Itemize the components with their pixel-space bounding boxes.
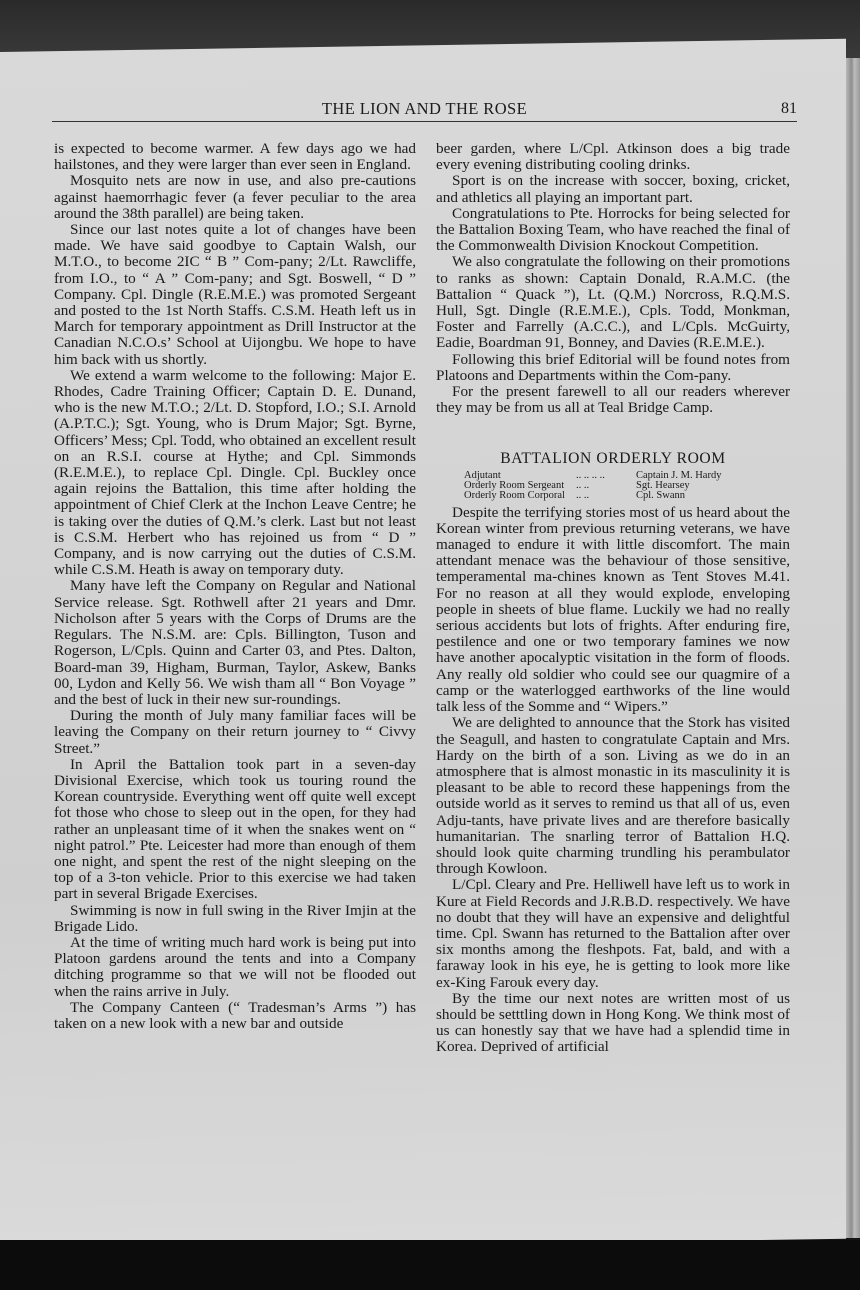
paragraph: Mosquito nets are now in use, and also p… (54, 173, 416, 222)
paragraph: is expected to become warmer. A few days… (54, 141, 416, 173)
leader-dots: .. .. (576, 491, 636, 501)
paragraph: For the present farewell to all our read… (436, 384, 790, 416)
left-column: is expected to become warmer. A few days… (54, 141, 416, 1032)
paragraph: Following this brief Editorial will be f… (436, 352, 790, 384)
paragraph: At the time of writing much hard work is… (54, 935, 416, 1000)
paragraph: Swimming is now in full swing in the Riv… (54, 903, 416, 935)
paragraph: We extend a warm welcome to the followin… (54, 368, 416, 579)
paragraph: Sport is on the increase with soccer, bo… (436, 173, 790, 205)
paragraph: Many have left the Company on Regular an… (54, 578, 416, 708)
right-column: beer garden, where L/Cpl. Atkinson does … (436, 141, 790, 1056)
paragraph: In April the Battalion took part in a se… (54, 757, 416, 903)
staff-row: Orderly Room Corporal .. .. Cpl. Swann (464, 491, 790, 501)
section-heading: BATTALION ORDERLY ROOM (436, 451, 790, 467)
paragraph: We also congratulate the following on th… (436, 254, 790, 351)
staff-list: Adjutant .. .. .. .. Captain J. M. Hardy… (464, 471, 790, 501)
staff-role: Orderly Room Corporal (464, 491, 576, 501)
paragraph: During the month of July many familiar f… (54, 708, 416, 757)
paragraph: Since our last notes quite a lot of chan… (54, 222, 416, 368)
paragraph: Despite the terrifying stories most of u… (436, 505, 790, 716)
paragraph: beer garden, where L/Cpl. Atkinson does … (436, 141, 790, 173)
running-title: THE LION AND THE ROSE (52, 99, 797, 119)
paragraph: We are delighted to announce that the St… (436, 715, 790, 877)
paragraph: By the time our next notes are written m… (436, 991, 790, 1056)
paragraph: The Company Canteen (“ Tradesman’s Arms … (54, 1000, 416, 1032)
paragraph: Congratulations to Pte. Horrocks for bei… (436, 206, 790, 255)
page-content: THE LION AND THE ROSE 81 is expected to … (0, 0, 860, 1290)
staff-name: Cpl. Swann (636, 491, 685, 501)
page-number: 81 (781, 100, 797, 118)
running-header: THE LION AND THE ROSE 81 (52, 99, 797, 122)
paragraph: L/Cpl. Cleary and Pre. Helliwell have le… (436, 877, 790, 990)
